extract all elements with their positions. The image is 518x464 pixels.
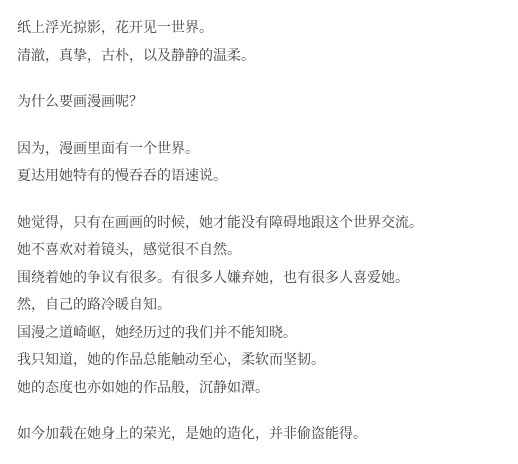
article-body: 纸上浮光掠影，花开见一世界。清澈，真挚，古朴，以及静静的温柔。为什么要画漫画呢？… <box>0 0 518 448</box>
text-line: 为什么要画漫画呢？ <box>17 93 143 109</box>
paragraph: 如今加载在她身上的荣光，是她的造化，并非偷盗能得。 <box>17 420 510 448</box>
paragraph: 纸上浮光掠影，花开见一世界。清澈，真挚，古朴，以及静静的温柔。 <box>17 14 510 69</box>
text-line: 她觉得，只有在画画的时候，她才能没有障碍地跟这个世界交流。 <box>17 214 423 230</box>
text-line: 国漫之道崎岖，她经历过的我们并不能知晓。 <box>17 324 297 340</box>
text-line: 她不喜欢对着镜头，感觉很不自然。 <box>17 241 241 257</box>
paragraph: 她觉得，只有在画画的时候，她才能没有障碍地跟这个世界交流。她不喜欢对着镜头，感觉… <box>17 209 510 402</box>
text-line: 如今加载在她身上的荣光，是她的造化，并非偷盗能得。 <box>17 425 367 441</box>
text-line: 纸上浮光掠影，花开见一世界。 <box>17 19 213 35</box>
text-line: 清澈，真挚，古朴，以及静静的温柔。 <box>17 47 255 63</box>
text-line: 我只知道，她的作品总能触动至心，柔软而坚韧。 <box>17 351 325 367</box>
text-line: 夏达用她特有的慢吞吞的语速说。 <box>17 167 227 183</box>
paragraph: 为什么要画漫画呢？ <box>17 88 510 116</box>
text-line: 因为，漫画里面有一个世界。 <box>17 140 199 156</box>
text-line: 她的态度也亦如她的作品般，沉静如潭。 <box>17 379 269 395</box>
text-line: 围绕着她的争议有很多。有很多人嫌弃她，也有很多人喜爱她。 <box>17 269 409 285</box>
page: { "page": { "background": "#ffffff", "te… <box>0 0 518 464</box>
paragraph: 因为，漫画里面有一个世界。夏达用她特有的慢吞吞的语速说。 <box>17 135 510 190</box>
text-line: 然，自己的路冷暖自知。 <box>17 296 171 312</box>
